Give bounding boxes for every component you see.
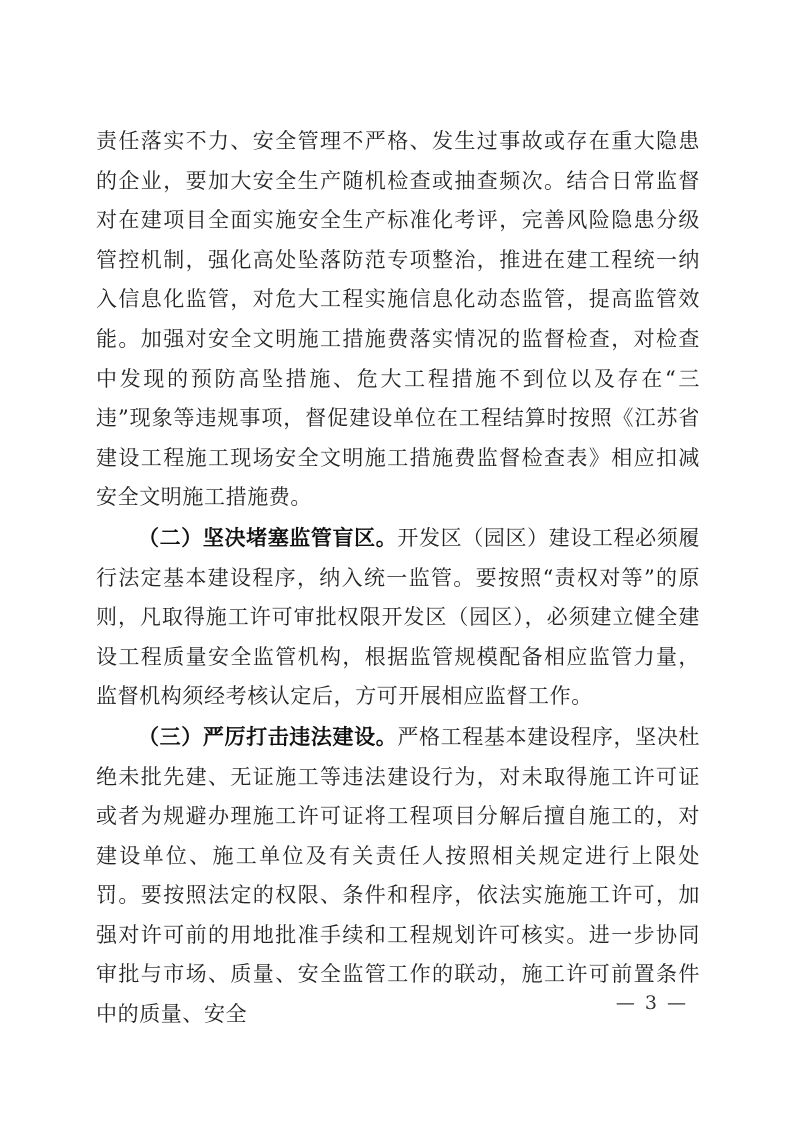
paragraph-text: 开发区（园区）建设工程必须履行法定基本建设程序，纳入统一监管。要按照“责权对等”…	[96, 526, 700, 708]
paragraph-text: 严格工程基本建设程序，坚决杜绝未批先建、无证施工等违法建设行为，对未取得施工许可…	[96, 725, 700, 1026]
paragraph-section-3: （三）严厉打击违法建设。严格工程基本建设程序，坚决杜绝未批先建、无证施工等违法建…	[96, 717, 700, 1035]
paragraph-continuation: 责任落实不力、安全管理不严格、发生过事故或存在重大隐患的企业，要加大安全生产随机…	[96, 122, 700, 518]
page-footer: — 3 —	[616, 992, 688, 1014]
paragraph-text: 责任落实不力、安全管理不严格、发生过事故或存在重大隐患的企业，要加大安全生产随机…	[96, 129, 700, 509]
page-number: — 3 —	[616, 992, 688, 1014]
section-heading: （二）坚决堵塞监管盲区。	[138, 525, 397, 550]
document-body: 责任落实不力、安全管理不严格、发生过事故或存在重大隐患的企业，要加大安全生产随机…	[96, 122, 700, 1035]
paragraph-section-2: （二）坚决堵塞监管盲区。开发区（园区）建设工程必须履行法定基本建设程序，纳入统一…	[96, 518, 700, 717]
section-heading: （三）严厉打击违法建设。	[138, 724, 397, 749]
document-page: 责任落实不力、安全管理不严格、发生过事故或存在重大隐患的企业，要加大安全生产随机…	[0, 0, 794, 1123]
